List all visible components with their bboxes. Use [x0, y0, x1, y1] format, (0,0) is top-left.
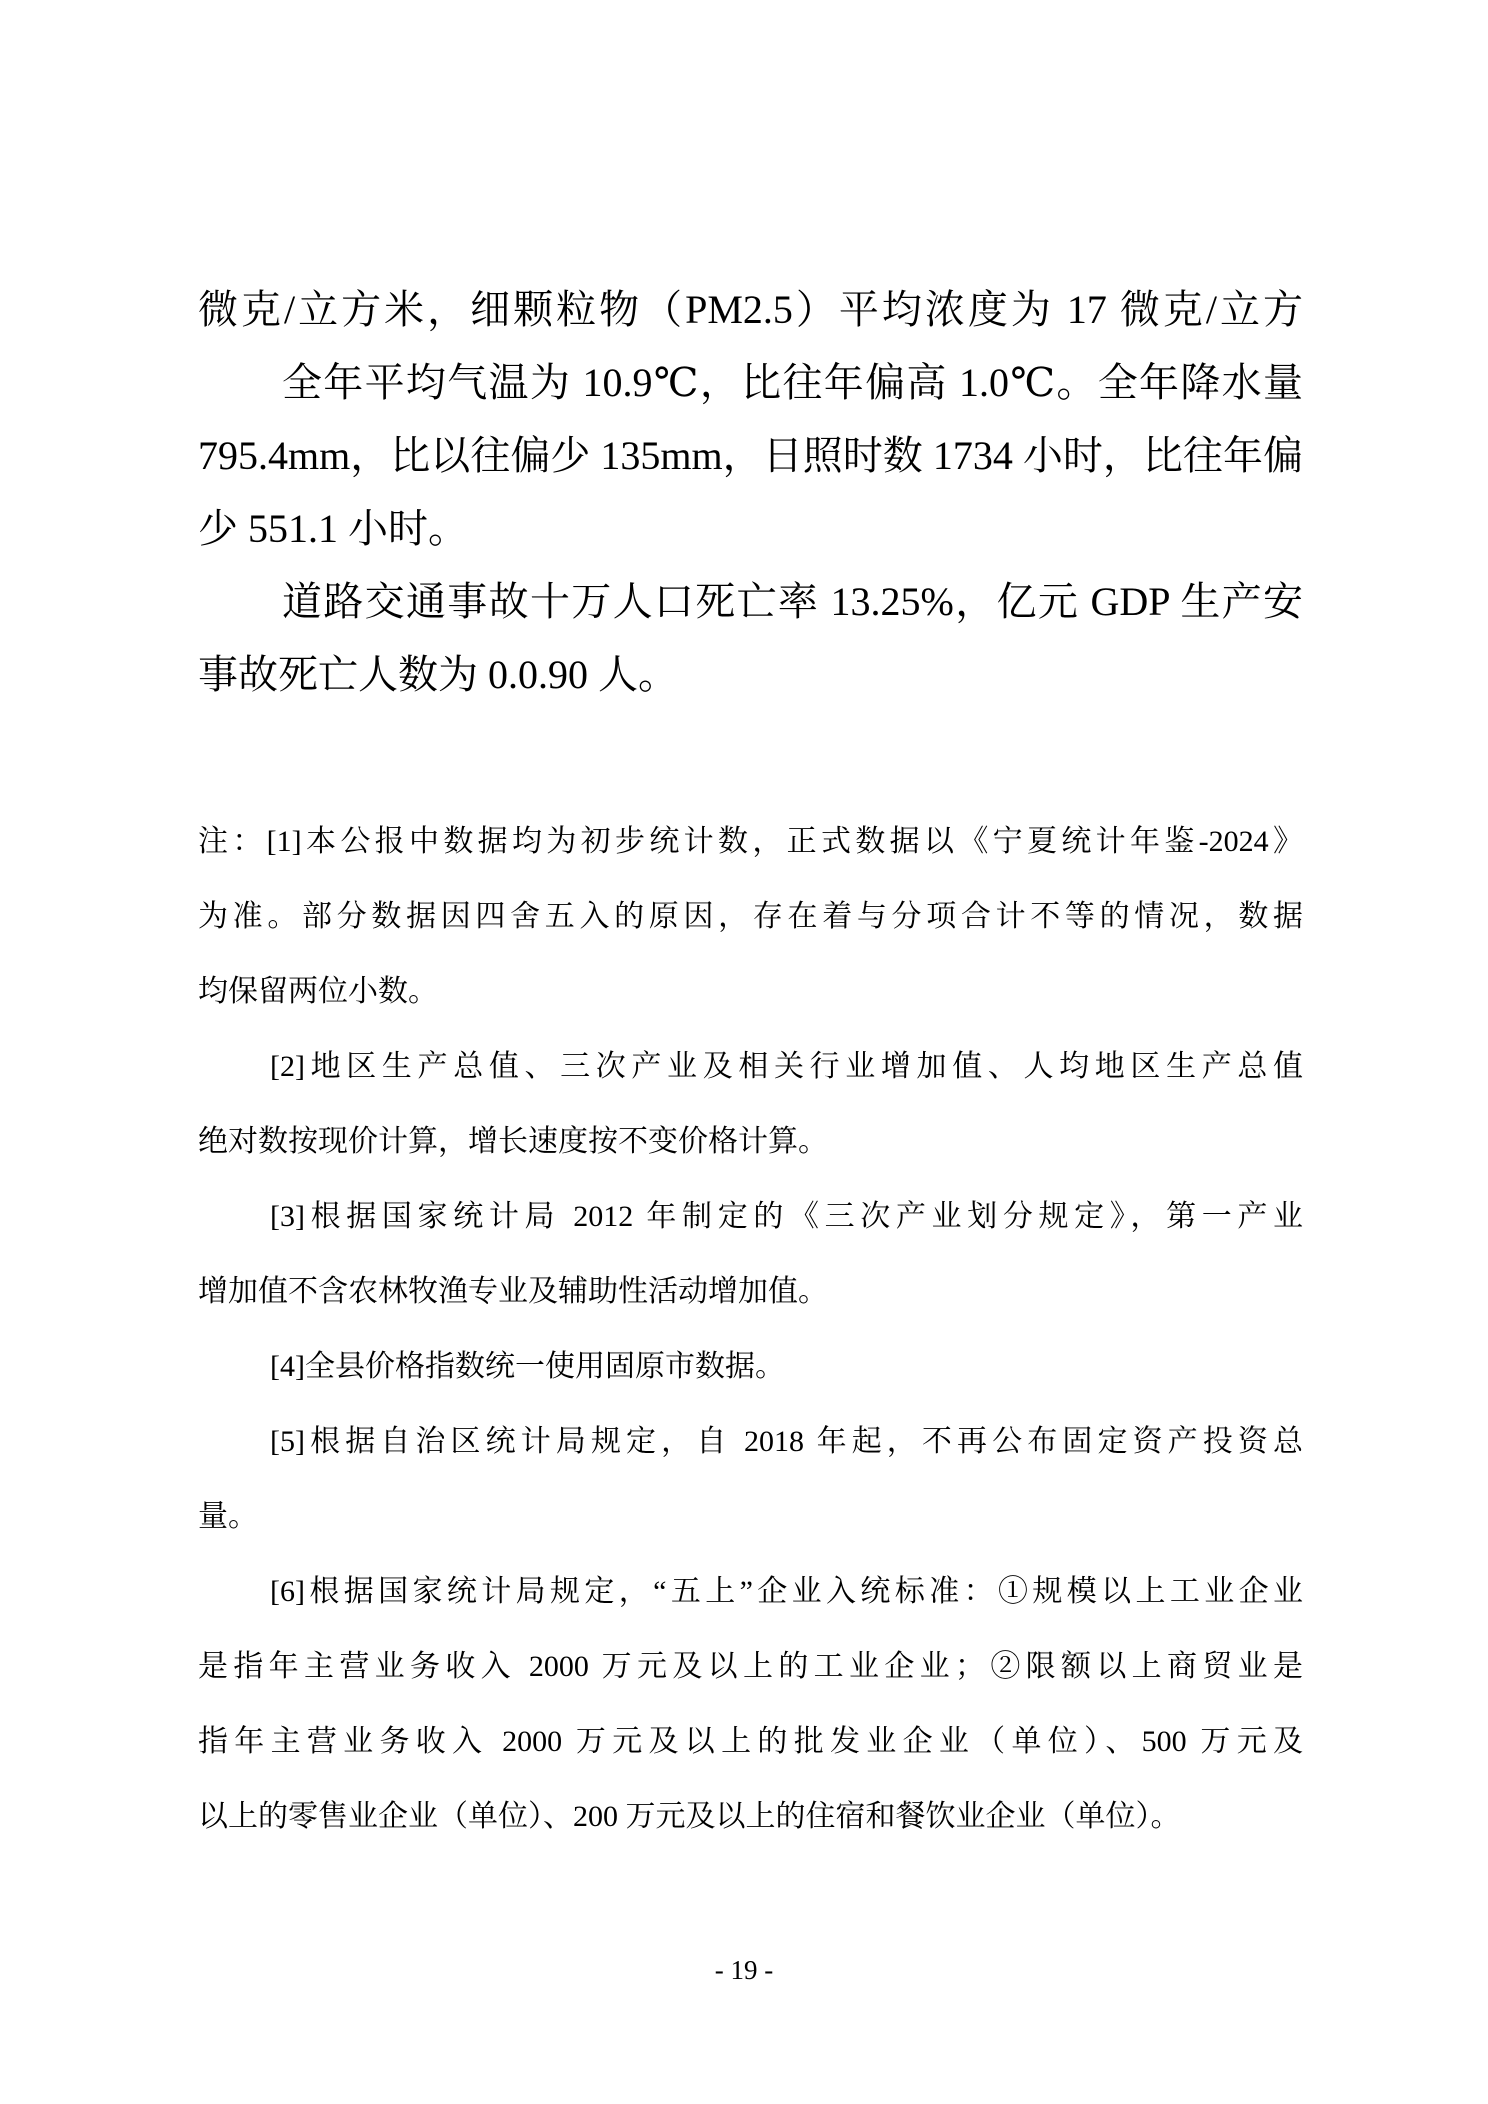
body-text-section: 微克/立方米，细颗粒物（PM2.5）平均浓度为 17 微克/立方米。 全年平均气… [198, 273, 1303, 711]
note-line: [6]根据国家统计局规定，“五上”企业入统标准：①规模以上工业企业 [198, 1554, 1303, 1629]
note-line: 为准。部分数据因四舍五入的原因，存在着与分项合计不等的情况，数据 [198, 879, 1303, 954]
note-line: 绝对数按现价计算，增长速度按不变价格计算。 [198, 1104, 1303, 1179]
notes-section: 注：[1]本公报中数据均为初步统计数，正式数据以《宁夏统计年鉴-2024》 为准… [198, 804, 1303, 1854]
note-line: 是指年主营业务收入 2000 万元及以上的工业企业；②限额以上商贸业是 [198, 1629, 1303, 1704]
note-line: 增加值不含农林牧渔专业及辅助性活动增加值。 [198, 1254, 1303, 1329]
note-line: 注：[1]本公报中数据均为初步统计数，正式数据以《宁夏统计年鉴-2024》 [198, 804, 1303, 879]
body-line: 微克/立方米，细颗粒物（PM2.5）平均浓度为 17 微克/立方米。 [198, 273, 1303, 346]
body-line: 全年平均气温为 10.9℃，比往年偏高 1.0℃。全年降水量 [198, 346, 1303, 419]
note-line: 以上的零售业企业（单位）、200 万元及以上的住宿和餐饮业企业（单位）。 [198, 1779, 1303, 1854]
note-line: 指年主营业务收入 2000 万元及以上的批发业企业（单位）、500 万元及 [198, 1704, 1303, 1779]
body-line: 795.4mm，比以往偏少 135mm，日照时数 1734 小时，比往年偏 [198, 419, 1303, 492]
note-line: 量。 [198, 1479, 1303, 1554]
page-number: - 19 - [0, 1948, 1488, 1992]
note-line: [3]根据国家统计局 2012 年制定的《三次产业划分规定》，第一产业 [198, 1179, 1303, 1254]
document-page: 微克/立方米，细颗粒物（PM2.5）平均浓度为 17 微克/立方米。 全年平均气… [0, 0, 1488, 2104]
note-line: [4]全县价格指数统一使用固原市数据。 [198, 1329, 1303, 1404]
note-line: [2]地区生产总值、三次产业及相关行业增加值、人均地区生产总值 [198, 1029, 1303, 1104]
note-line: 均保留两位小数。 [198, 954, 1303, 1029]
note-line: [5]根据自治区统计局规定，自 2018 年起，不再公布固定资产投资总 [198, 1404, 1303, 1479]
body-line: 少 551.1 小时。 [198, 492, 1303, 565]
body-line: 道路交通事故十万人口死亡率 13.25%，亿元 GDP 生产安全 [198, 565, 1303, 638]
body-line: 事故死亡人数为 0.0.90 人。 [198, 638, 1303, 711]
